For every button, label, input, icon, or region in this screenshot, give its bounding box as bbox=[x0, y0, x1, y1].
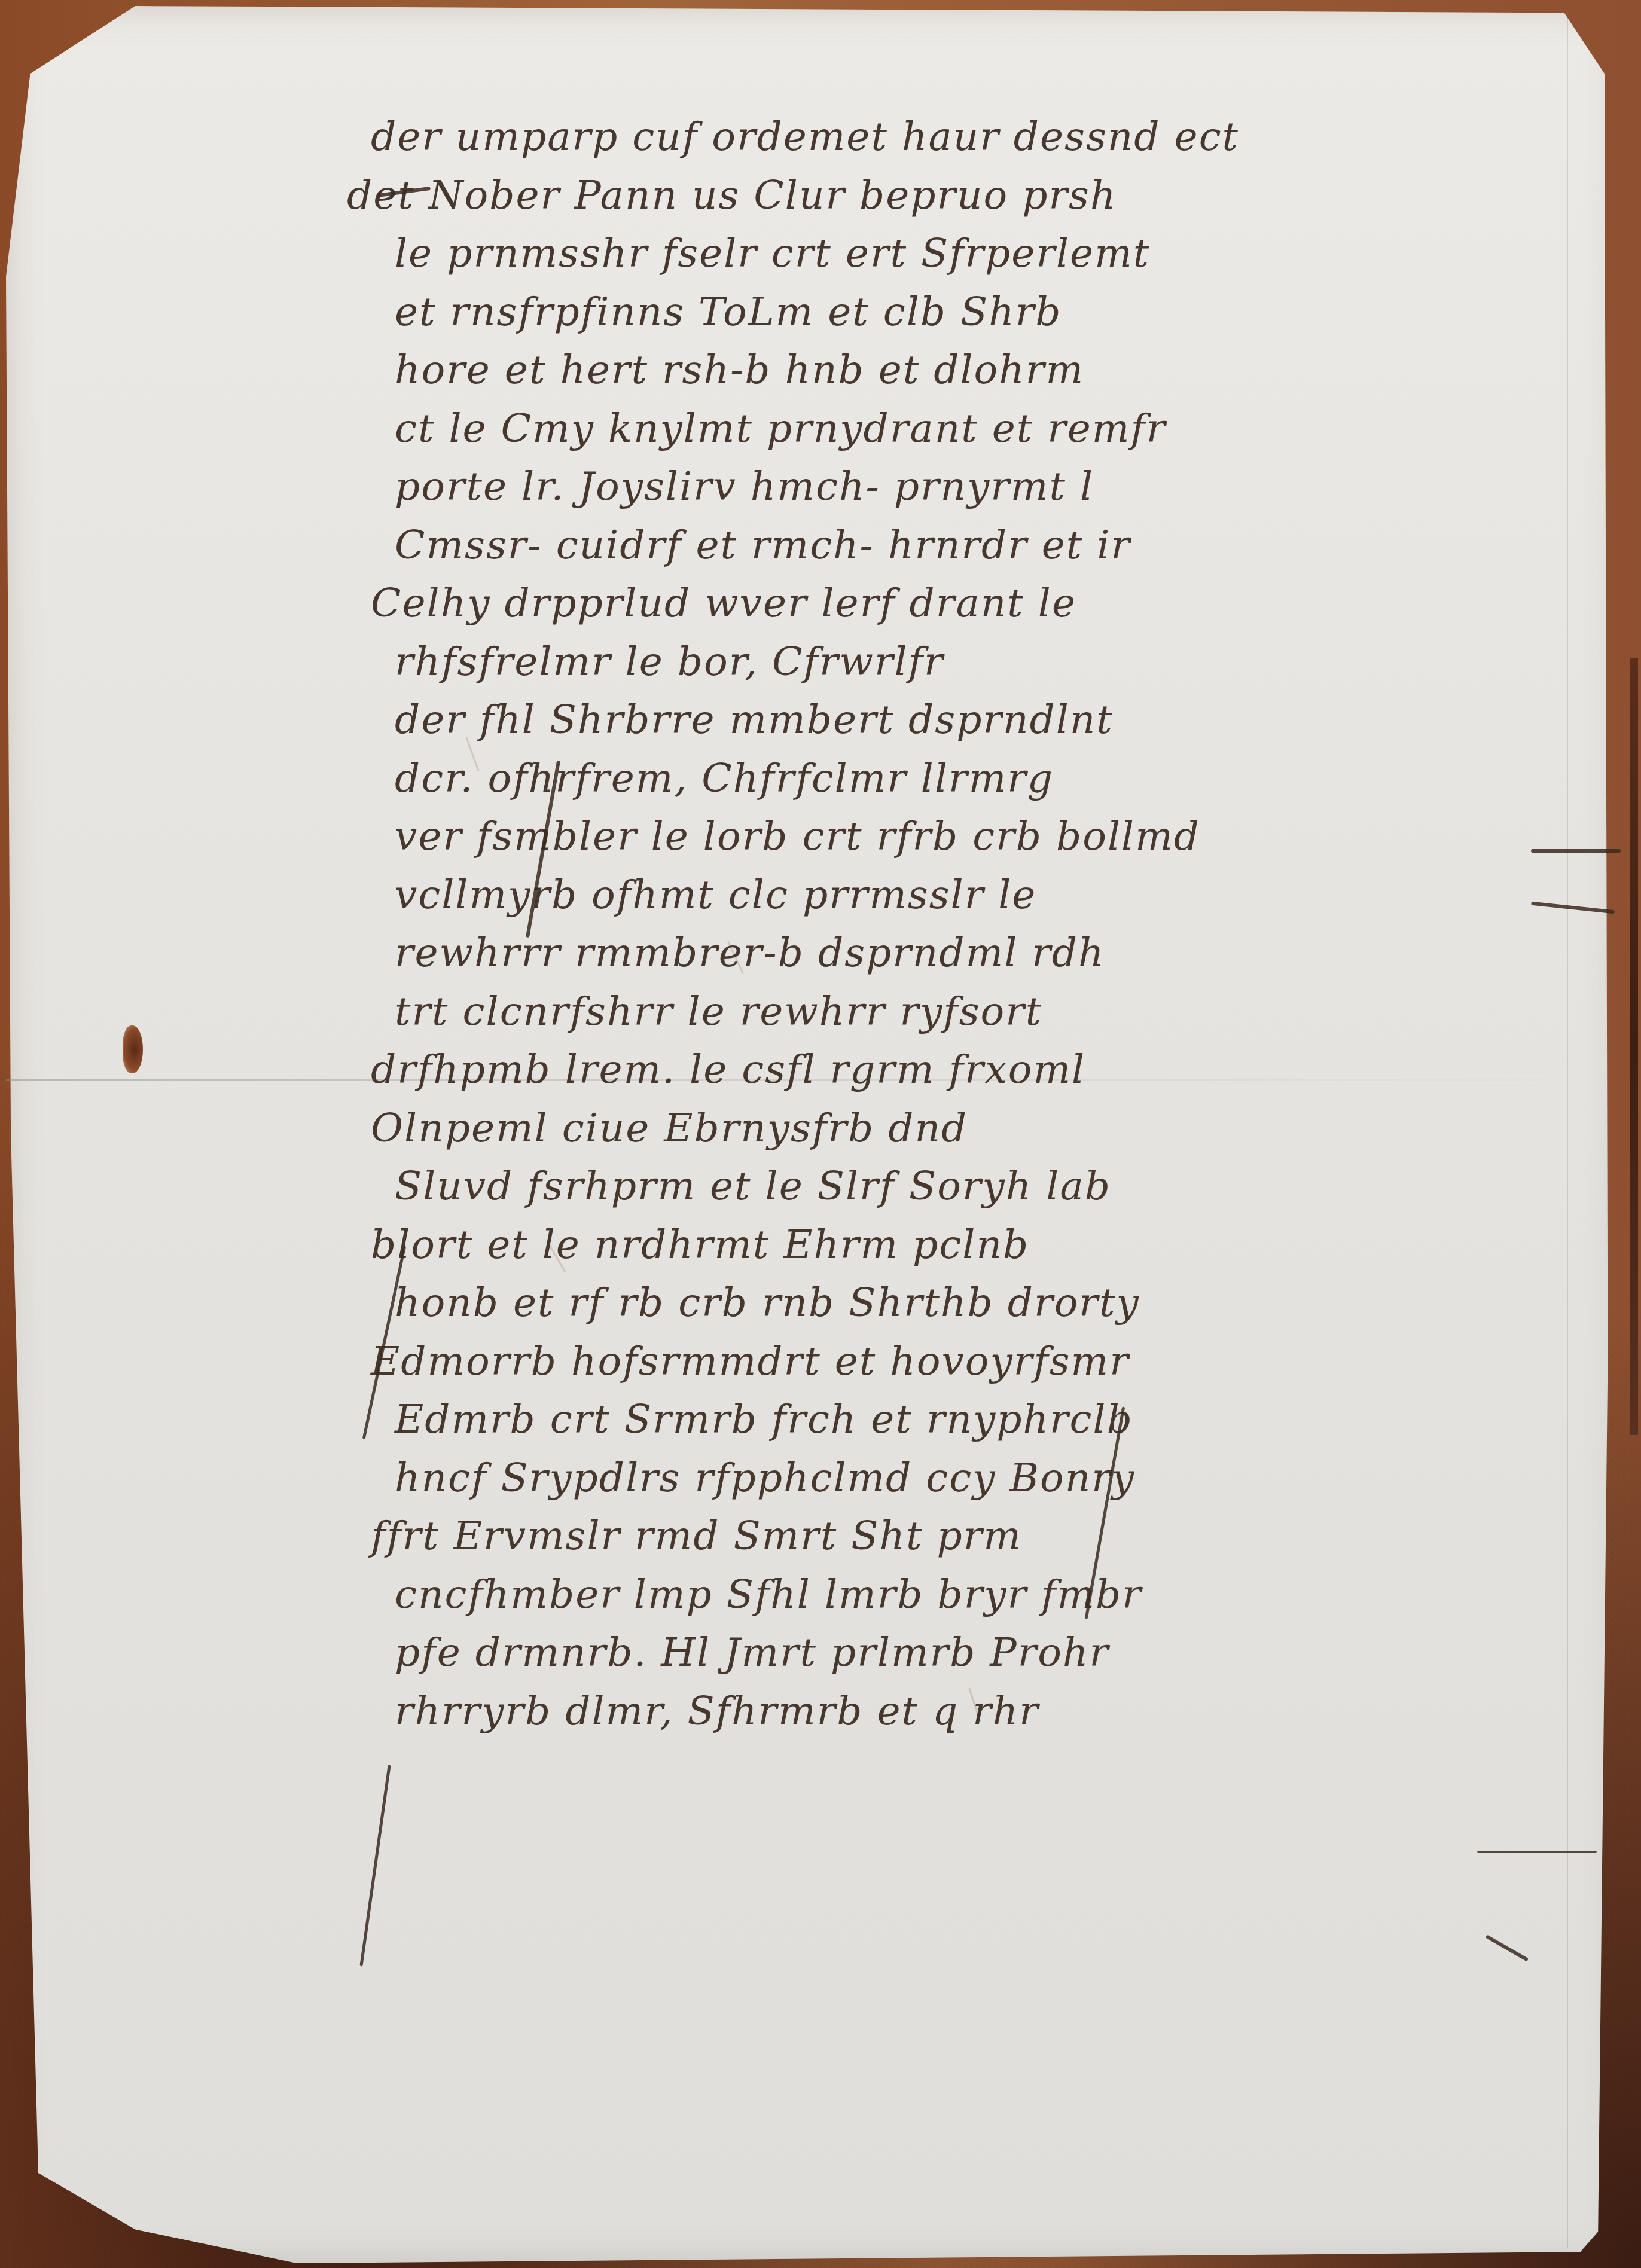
text-line: Sluvd fsrhprm et le Slrf Soryh lab bbox=[371, 1157, 1627, 1216]
text-line: hore et hert rsh-b hnb et dlohrm bbox=[371, 341, 1627, 399]
text-line: Edmorrb hofsrmmdrt et hovoyrfsmr bbox=[371, 1332, 1627, 1391]
text-line: drfhpmb lrem. le csfl rgrm frxoml bbox=[371, 1040, 1627, 1099]
text-line: pfe drmnrb. Hl Jmrt prlmrb Prohr bbox=[371, 1623, 1627, 1682]
text-line: det Nober Pann us Clur bepruo prsh bbox=[347, 166, 1627, 225]
text-line: le prnmsshr fselr crt ert Sfrperlemt bbox=[371, 224, 1627, 283]
text-line: blort et le nrdhrmt Ehrm pclnb bbox=[371, 1216, 1627, 1274]
text-line: ct le Cmy knylmt prnydrant et remfr bbox=[371, 399, 1627, 458]
text-line: Cmssr- cuidrf et rmch- hrnrdr et ir bbox=[371, 516, 1627, 575]
text-line: vcllmyrb ofhmt clc prrmsslr le bbox=[371, 866, 1627, 924]
text-line: honb et rf rb crb rnb Shrthb drorty bbox=[371, 1274, 1627, 1332]
right-edge-stain bbox=[1630, 658, 1638, 1435]
text-line: porte lr. Joyslirv hmch- prnyrmt l bbox=[371, 457, 1627, 516]
ink-flourish bbox=[1531, 849, 1621, 853]
text-line: der umparp cuf ordemet haur dessnd ect bbox=[371, 108, 1627, 166]
text-line: rewhrrr rmmbrer-b dsprndml rdh bbox=[371, 924, 1627, 982]
text-line: Olnpeml ciue Ebrnysfrb dnd bbox=[371, 1099, 1627, 1158]
text-line: cncfhmber lmp Sfhl lmrb bryr fmbr bbox=[371, 1565, 1627, 1624]
binding-hole bbox=[123, 1025, 143, 1073]
text-line: Celhy drpprlud wver lerf drant le bbox=[371, 574, 1627, 633]
text-line: dcr. ofhrfrem, Chfrfclmr llrmrg bbox=[371, 749, 1627, 808]
text-line: Edmrb crt Srmrb frch et rnyphrclb bbox=[371, 1390, 1627, 1449]
text-line: ver fsmbler le lorb crt rfrb crb bollmd bbox=[371, 807, 1627, 866]
text-line: rhrryrb dlmr, Sfhrmrb et q rhr bbox=[371, 1682, 1627, 1741]
text-line: rhfsfrelmr le bor, Cfrwrlfr bbox=[371, 633, 1627, 691]
manuscript-text: der umparp cuf ordemet haur dessnd ect d… bbox=[371, 108, 1627, 1740]
strikethrough-mark bbox=[1477, 1851, 1597, 1853]
text-line: ffrt Ervmslr rmd Smrt Sht prm bbox=[371, 1507, 1627, 1565]
text-line: hncf Srypdlrs rfpphclmd ccy Bonry bbox=[371, 1449, 1627, 1507]
text-line: trt clcnrfshrr le rewhrr ryfsort bbox=[371, 982, 1627, 1041]
text-line: et rnsfrpfinns ToLm et clb Shrb bbox=[371, 283, 1627, 341]
text-line: der fhl Shrbrre mmbert dsprndlnt bbox=[371, 691, 1627, 749]
